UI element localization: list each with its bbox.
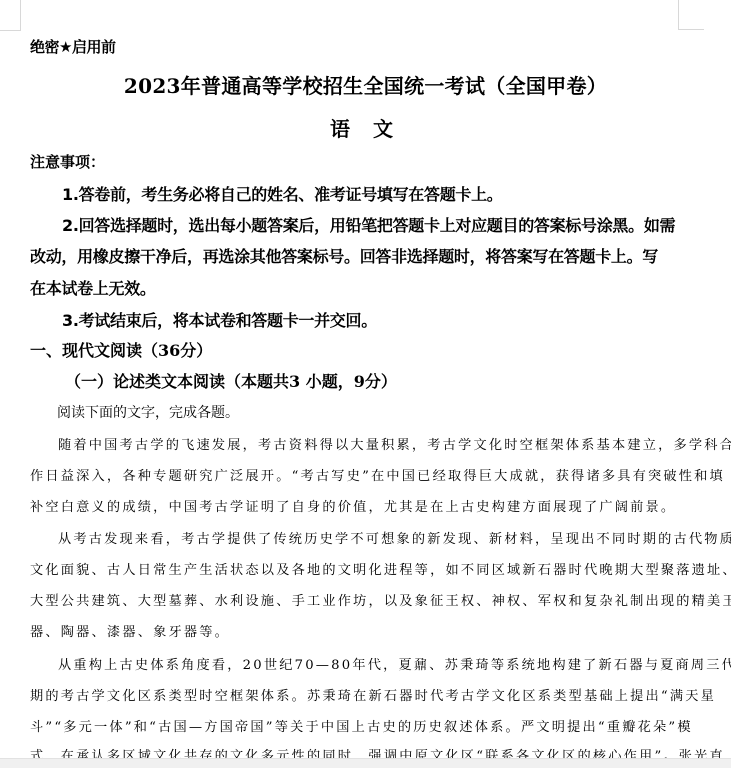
secret-mark: 绝密★启用前 <box>30 36 115 57</box>
exam-title: 2023年普通高等学校招生全国统一考试（全国甲卷） <box>0 70 731 99</box>
notice-line-3: 改动，用橡皮擦干净后，再选涂其他答案标号。回答非选择题时，将答案写在答题卡上。写 <box>30 244 658 267</box>
passage-line: 斗”“多元一体”和“古国—方国帝国”等关于中国上古史的历史叙述体系。严文明提出“… <box>30 716 693 735</box>
notice-line-2: 2.回答选择题时，选出每小题答案后，用铅笔把答题卡上对应题目的答案标号涂黑。如需 <box>62 213 675 236</box>
document-page: 绝密★启用前 2023年普通高等学校招生全国统一考试（全国甲卷） 语 文 注意事… <box>0 0 731 768</box>
subject-title: 语 文 <box>0 113 731 142</box>
section-heading: 一、现代文阅读（36分） <box>30 338 212 361</box>
passage-line: 期的考古学文化区系类型时空框架体系。苏秉琦在新石器时代考古学文化区系类型基础上提… <box>30 685 716 704</box>
passage-line: 文化面貌、古人日常生产生活状态以及各地的文明化进程等，如不同区域新石器时代晚期大… <box>30 559 731 578</box>
horizontal-scrollbar[interactable] <box>0 758 731 768</box>
passage-line: 器、陶器、漆器、象牙器等。 <box>30 621 230 640</box>
passage-line: 补空白意义的成绩，中国考古学证明了自身的价值，尤其是在上古史构建方面展现了广阔前… <box>30 496 676 515</box>
notice-line-4: 在本试卷上无效。 <box>30 276 156 299</box>
notice-line-5: 3.考试结束后，将本试卷和答题卡一并交回。 <box>62 308 377 331</box>
subsection-heading: （一）论述类文本阅读（本题共3 小题，9分） <box>65 369 397 392</box>
notice-heading: 注意事项： <box>30 151 105 172</box>
page-corner-mark-right <box>678 0 704 30</box>
reading-instruction: 阅读下面的文字，完成各题。 <box>57 402 239 422</box>
passage-line: 大型公共建筑、大型墓葬、水利设施、手工业作坊，以及象征王权、神权、军权和复杂礼制… <box>30 590 731 609</box>
notice-line-1: 1.答卷前，考生务必将自己的姓名、准考证号填写在答题卡上。 <box>62 182 503 205</box>
passage-line: 随着中国考古学的飞速发展，考古资料得以大量积累，考古学文化时空框架体系基本建立，… <box>58 434 731 453</box>
page-corner-mark-left <box>0 0 21 31</box>
passage-line: 从考古发现来看，考古学提供了传统历史学不可想象的新发现、新材料，呈现出不同时期的… <box>58 528 731 547</box>
passage-line: 从重构上古史体系角度看，20世纪70—80年代，夏鼐、苏秉琦等系统地构建了新石器… <box>58 654 731 673</box>
passage-line: 作日益深入，各种专题研究广泛展开。“考古写史”在中国已经取得巨大成就，获得诸多具… <box>30 465 725 484</box>
